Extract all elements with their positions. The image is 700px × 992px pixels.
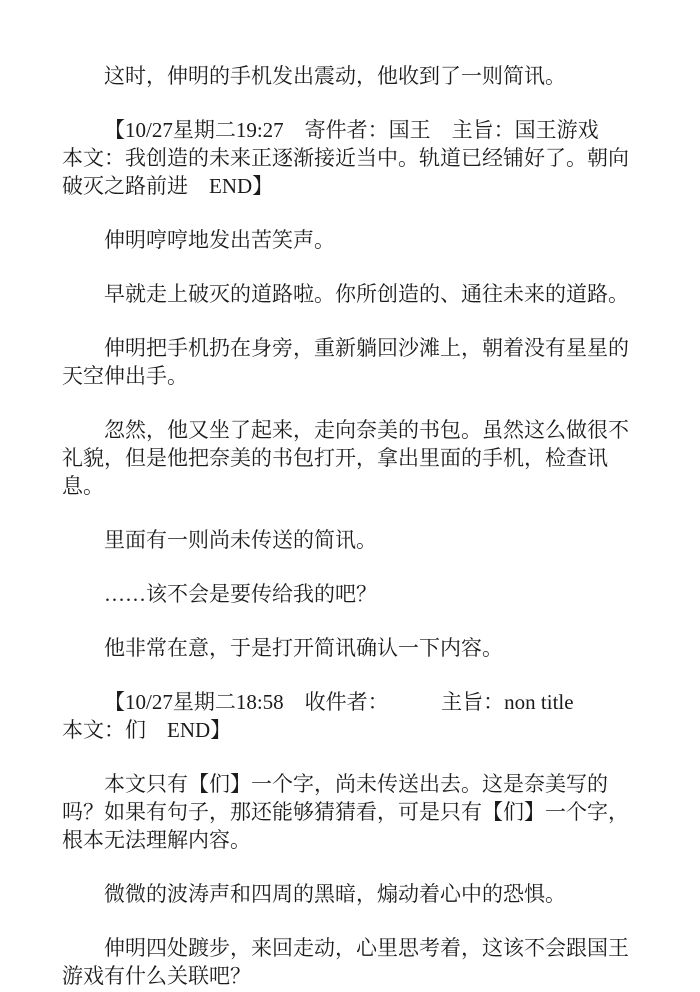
paragraph: ……该不会是要传给我的吧？ [62, 580, 642, 608]
paragraph: 忽然，他又坐了起来，走向奈美的书包。虽然这么做很不 礼貌，但是他把奈美的书包打开… [62, 416, 642, 500]
paragraph: 里面有一则尚未传送的简讯。 [62, 526, 642, 554]
paragraph: 微微的波涛声和四周的黑暗，煽动着心中的恐惧。 [62, 880, 642, 908]
paragraph: 这时，伸明的手机发出震动，他收到了一则简讯。 [62, 62, 642, 90]
paragraph: 早就走上破灭的道路啦。你所创造的、通往未来的道路。 [62, 280, 642, 308]
paragraph: 伸明把手机扔在身旁，重新躺回沙滩上，朝着没有星星的 天空伸出手。 [62, 334, 642, 390]
sms-message-block: 【10/27星期二18:58 收件者： 主旨：non title 本文：们 EN… [62, 688, 642, 744]
paragraph: 伸明四处踱步，来回走动，心里思考着，这该不会跟国王 游戏有什么关联吧？ [62, 934, 642, 990]
novel-page: 这时，伸明的手机发出震动，他收到了一则简讯。 【10/27星期二19:27 寄件… [0, 0, 700, 992]
sms-message-block: 【10/27星期二19:27 寄件者：国王 主旨：国王游戏 本文：我创造的未来正… [62, 116, 642, 200]
paragraph: 他非常在意，于是打开简讯确认一下内容。 [62, 634, 642, 662]
paragraph: 伸明哼哼地发出苦笑声。 [62, 226, 642, 254]
paragraph: 本文只有【们】一个字，尚未传送出去。这是奈美写的 吗？如果有句子，那还能够猜猜看… [62, 770, 642, 854]
